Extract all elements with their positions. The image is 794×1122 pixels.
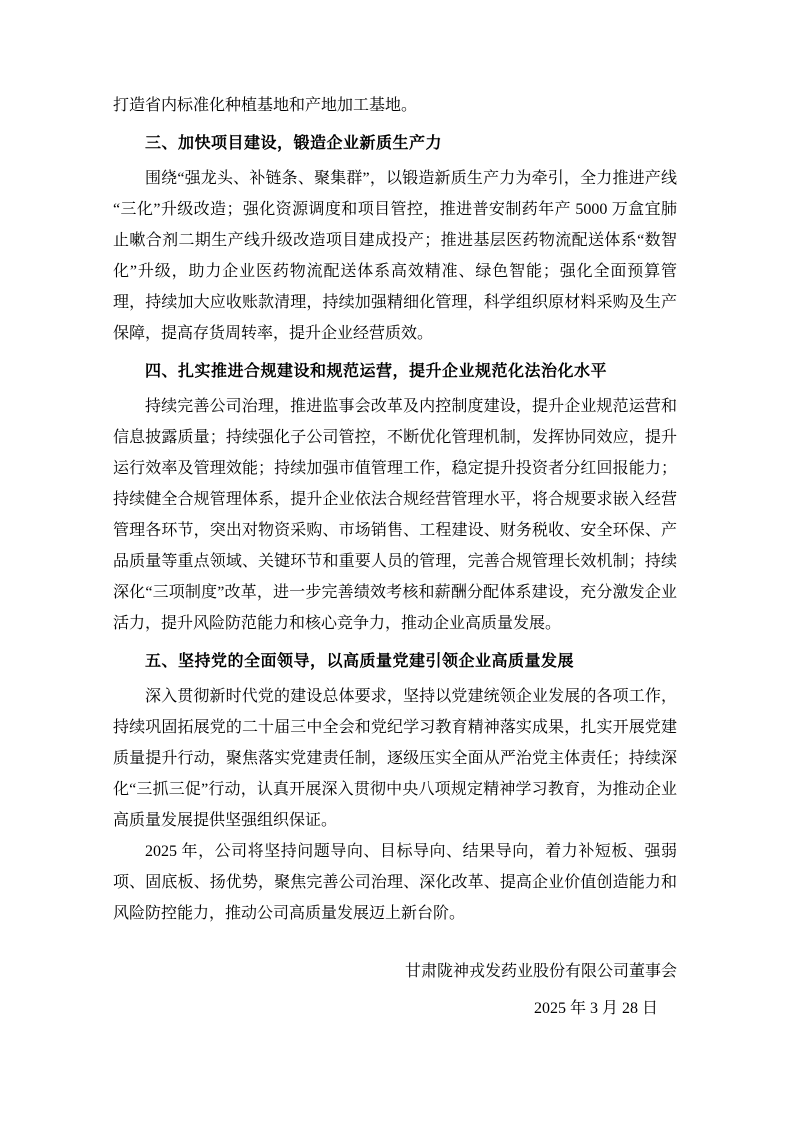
paragraph-party-leadership-body: 深入贯彻新时代党的建设总体要求，坚持以党建统领企业发展的各项工作，持续巩固拓展党… (113, 681, 677, 836)
section-heading-four-compliance: 四、扎实推进合规建设和规范运营，提升企业规范化法治化水平 (113, 356, 677, 387)
section-heading-five-party-leadership: 五、坚持党的全面领导，以高质量党建引领企业高质量发展 (113, 646, 677, 677)
signature-block: 甘肃陇神戎发药业股份有限公司董事会 2025 年 3 月 28 日 (113, 956, 677, 1024)
paragraph-project-construction-body: 围绕“强龙头、补链条、聚集群”，以锻造新质生产力为牵引，全力推进产线“三化”升级… (113, 163, 677, 349)
signature-date: 2025 年 3 月 28 日 (113, 993, 677, 1024)
signature-company-name: 甘肃陇神戎发药业股份有限公司董事会 (113, 956, 677, 987)
paragraph-compliance-body: 持续完善公司治理，推进监事会改革及内控制度建设，提升企业规范运营和信息披露质量；… (113, 391, 677, 639)
paragraph-2025-outlook: 2025 年，公司将坚持问题导向、目标导向、结果导向，着力补短板、强弱项、固底板… (113, 836, 677, 929)
document-page: 打造省内标准化种植基地和产地加工基地。 三、加快项目建设，锻造企业新质生产力 围… (0, 0, 794, 1122)
section-heading-three-project-construction: 三、加快项目建设，锻造企业新质生产力 (113, 128, 677, 159)
paragraph-planting-bases-continuation: 打造省内标准化种植基地和产地加工基地。 (113, 90, 677, 121)
